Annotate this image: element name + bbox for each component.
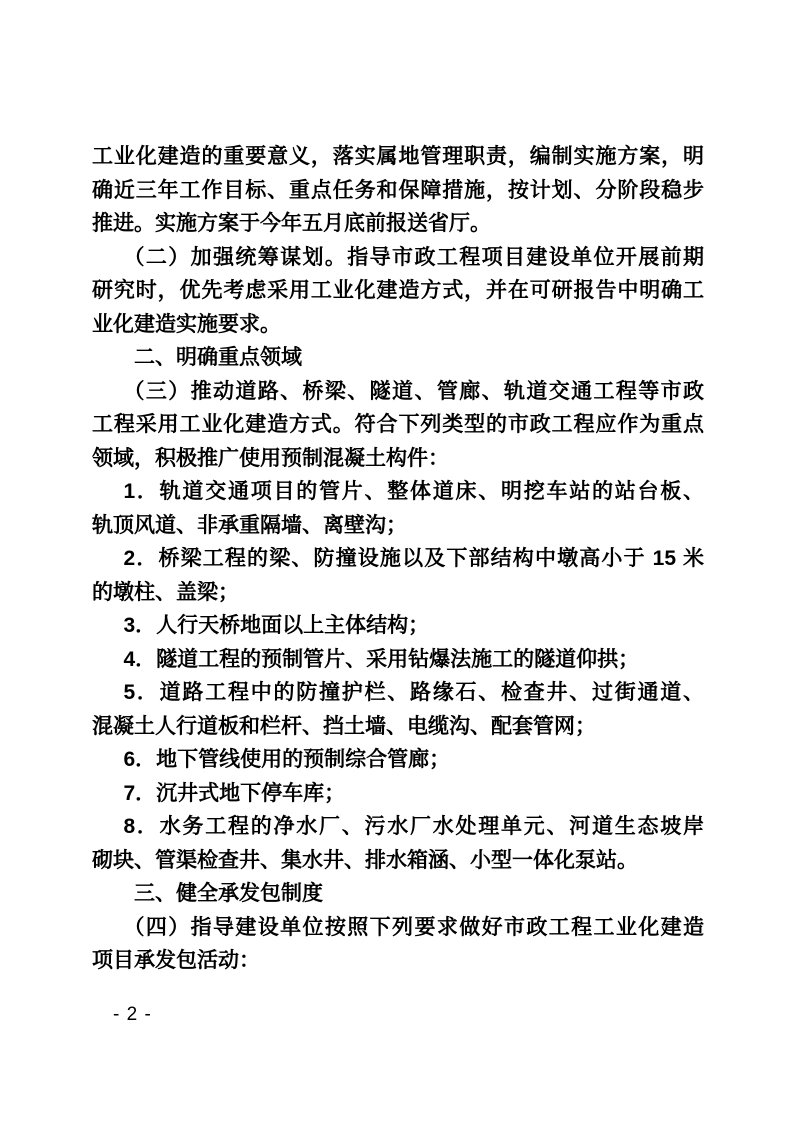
text-line: 4．隧道工程的预制管片、采用钻爆法施工的隧道仰拱； [92, 643, 704, 677]
text-line: 业化建造实施要求。 [92, 308, 704, 342]
text-line: 领域，积极推广使用预制混凝土构件： [92, 442, 704, 476]
text-line: 3．人行天桥地面以上主体结构； [92, 609, 704, 643]
text-line: 砌块、管渠检查井、集水井、排水箱涵、小型一体化泵站。 [92, 844, 704, 878]
text-line: 2．桥梁工程的梁、防撞设施以及下部结构中墩高小于 15 米 [92, 542, 704, 576]
text-line: 8．水务工程的净水厂、污水厂水处理单元、河道生态坡岸 [92, 810, 704, 844]
text-line: 研究时，优先考虑采用工业化建造方式，并在可研报告中明确工 [92, 274, 704, 308]
text-line: （二）加强统筹谋划。指导市政工程项目建设单位开展前期 [92, 241, 704, 275]
text-line: 工业化建造的重要意义，落实属地管理职责，编制实施方案，明 [92, 140, 704, 174]
text-line: 1．轨道交通项目的管片、整体道床、明挖车站的站台板、 [92, 475, 704, 509]
text-line: 二、明确重点领域 [92, 341, 704, 375]
text-line: 的墩柱、盖梁； [92, 576, 704, 610]
text-line: （三）推动道路、桥梁、隧道、管廊、轨道交通工程等市政 [92, 375, 704, 409]
text-line: 三、健全承发包制度 [92, 877, 704, 911]
text-line: 工程采用工业化建造方式。符合下列类型的市政工程应作为重点 [92, 408, 704, 442]
text-line: 项目承发包活动： [92, 944, 704, 978]
document-page: 工业化建造的重要意义，落实属地管理职责，编制实施方案，明确近三年工作目标、重点任… [0, 0, 794, 1123]
text-line: 6．地下管线使用的预制综合管廊； [92, 743, 704, 777]
text-line: 混凝土人行道板和栏杆、挡土墙、电缆沟、配套管网； [92, 710, 704, 744]
text-line: 轨顶风道、非承重隔墙、离壁沟； [92, 509, 704, 543]
text-line: 确近三年工作目标、重点任务和保障措施，按计划、分阶段稳步 [92, 174, 704, 208]
page-number: - 2 - [113, 1004, 152, 1026]
text-line: 7．沉井式地下停车库； [92, 777, 704, 811]
text-line: 推进。实施方案于今年五月底前报送省厅。 [92, 207, 704, 241]
document-body: 工业化建造的重要意义，落实属地管理职责，编制实施方案，明确近三年工作目标、重点任… [92, 140, 704, 978]
text-line: （四）指导建设单位按照下列要求做好市政工程工业化建造 [92, 911, 704, 945]
text-line: 5．道路工程中的防撞护栏、路缘石、检查井、过街通道、 [92, 676, 704, 710]
